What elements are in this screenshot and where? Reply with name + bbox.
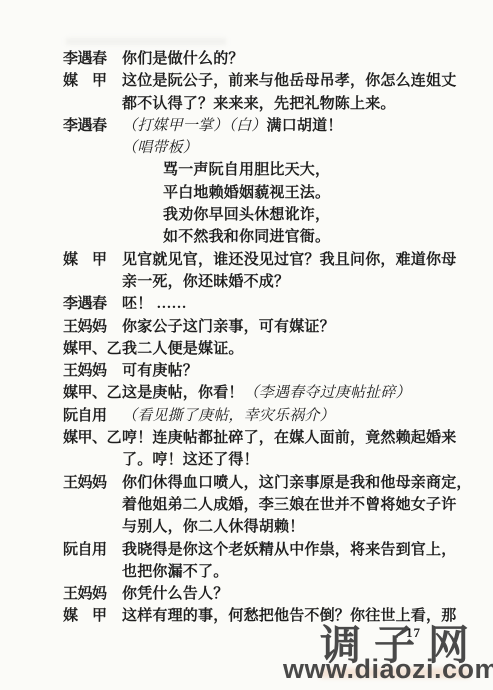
script-line: 也把你漏不了。 <box>63 561 473 583</box>
dialogue-segment: 你家公子这门亲事，可有媒证？ <box>122 319 335 335</box>
scan-artifact <box>66 38 226 45</box>
script-line: 都不认得了？来来来，先把礼物陈上来。 <box>63 93 473 115</box>
speaker-name: 媒 甲 <box>63 70 122 92</box>
dialogue-segment: 都不认得了？来来来，先把礼物陈上来。 <box>122 96 396 112</box>
dialogue-segment: 骂一声阮自用胆比天大， <box>163 162 330 178</box>
script-line: 王妈妈你家公子这门亲事，可有媒证？ <box>63 316 473 338</box>
script-line: 阮自用我晓得是你这个老妖精从中作祟，将来告到官上， <box>63 539 473 561</box>
dialogue-text: 这位是阮公子，前来与他岳母吊孝，你怎么连姐丈 <box>122 70 456 92</box>
dialogue-segment: 你凭什么告人？ <box>122 586 228 602</box>
script-line: 媒甲、乙我二人便是媒证。 <box>63 338 473 360</box>
dialogue-segment: 了。哼！这还了得！ <box>122 452 259 468</box>
dialogue-text: 亲一死，你还昧婚不成？ <box>122 271 289 293</box>
speaker-name: 阮自用 <box>63 405 122 427</box>
dialogue-segment: 我二人便是媒证。 <box>122 341 244 357</box>
dialogue-text: 都不认得了？来来来，先把礼物陈上来。 <box>122 93 396 115</box>
script-line: 我劝你早回头休想讹诈， <box>63 204 473 226</box>
speaker-name: 王妈妈 <box>63 583 122 605</box>
dialogue-segment: 着他姐弟二人成婚，李三娘在世并不曾将她女子许 <box>122 497 456 513</box>
script-line: 李遇春（打媒甲一掌）（白）满口胡道！ <box>63 115 473 137</box>
dialogue-segment: 如不然我和你同进官衙。 <box>163 229 330 245</box>
script-line: 阮自用（看见撕了庚帖，幸灾乐祸介） <box>63 405 473 427</box>
script-line: 媒甲、乙哼！连庚帖都扯碎了，在媒人面前，竟然赖起婚来 <box>63 427 473 449</box>
verse-line: 平白地赖婚姻藐视王法。 <box>122 182 330 204</box>
dialogue-text: 见官就见官，谁还没见过官？我且问你，难道你母 <box>122 249 456 271</box>
script-line: 王妈妈你们休得血口喷人，这门亲事原是我和他母亲商定， <box>63 472 473 494</box>
dialogue-text: （唱带板） <box>122 137 198 159</box>
dialogue-text: 你们休得血口喷人，这门亲事原是我和他母亲商定， <box>122 472 472 494</box>
dialogue-text: 与别人，你二人休得胡赖！ <box>122 516 304 538</box>
script-line: （唱带板） <box>63 137 473 159</box>
script-line: 李遇春呸！ …… <box>63 293 473 315</box>
dialogue-text: 着他姐弟二人成婚，李三娘在世并不曾将她女子许 <box>122 494 456 516</box>
stage-direction: （唱带板） <box>122 140 198 156</box>
scanned-script-page: 李遇春你们是做什么的？媒 甲这位是阮公子，前来与他岳母吊孝，你怎么连姐丈都不认得… <box>0 0 493 690</box>
dialogue-text: 这是庚帖，你看！（李遇春夺过庚帖扯碎） <box>122 382 411 404</box>
verse-line: 骂一声阮自用胆比天大， <box>122 159 330 181</box>
speaker-name: 媒甲、乙 <box>63 382 122 404</box>
script-line: 着他姐弟二人成婚，李三娘在世并不曾将她女子许 <box>63 494 473 516</box>
speaker-name: 李遇春 <box>63 115 122 137</box>
dialogue-text: 我晓得是你这个老妖精从中作祟，将来告到官上， <box>122 539 456 561</box>
dialogue-segment: 满口胡道！ <box>267 118 343 134</box>
dialogue-segment: 也把你漏不了。 <box>122 564 228 580</box>
dialogue-text: 呸！ …… <box>122 293 187 315</box>
verse-line: 如不然我和你同进官衙。 <box>122 226 330 248</box>
script-line: 了。哼！这还了得！ <box>63 449 473 471</box>
dialogue-segment: 我晓得是你这个老妖精从中作祟，将来告到官上， <box>122 542 456 558</box>
dialogue-text: （打媒甲一掌）（白）满口胡道！ <box>122 115 343 137</box>
script-line: 亲一死，你还昧婚不成？ <box>63 271 473 293</box>
dialogue-text: 你凭什么告人？ <box>122 583 228 605</box>
dialogue-text: 哼！连庚帖都扯碎了，在媒人面前，竟然赖起婚来 <box>122 427 456 449</box>
dialogue-segment: 这是庚帖，你看！ <box>122 385 244 401</box>
dialogue-segment: 你们是做什么的？ <box>122 51 244 67</box>
speaker-name: 李遇春 <box>63 48 122 70</box>
dialogue-text: 可有庚帖？ <box>122 360 198 382</box>
script-line: 王妈妈可有庚帖？ <box>63 360 473 382</box>
script-lines: 李遇春你们是做什么的？媒 甲这位是阮公子，前来与他岳母吊孝，你怎么连姐丈都不认得… <box>63 48 473 628</box>
stage-direction: （打媒甲一掌）（白） <box>122 118 267 134</box>
stage-direction: （李遇春夺过庚帖扯碎） <box>244 385 411 401</box>
script-line: 如不然我和你同进官衙。 <box>63 226 473 248</box>
speaker-name: 媒 甲 <box>63 249 122 271</box>
speaker-name: 王妈妈 <box>63 360 122 382</box>
stage-direction: （看见撕了庚帖，幸灾乐祸介） <box>122 408 335 424</box>
speaker-name: 媒甲、乙 <box>63 338 122 360</box>
verse-line: 我劝你早回头休想讹诈， <box>122 204 330 226</box>
script-line: 王妈妈你凭什么告人？ <box>63 583 473 605</box>
speaker-name: 阮自用 <box>63 539 122 561</box>
dialogue-segment: 与别人，你二人休得胡赖！ <box>122 519 304 535</box>
speaker-name: 李遇春 <box>63 293 122 315</box>
dialogue-text: 了。哼！这还了得！ <box>122 449 259 471</box>
dialogue-segment: 亲一死，你还昧婚不成？ <box>122 274 289 290</box>
dialogue-segment: 可有庚帖？ <box>122 363 198 379</box>
script-line: 与别人，你二人休得胡赖！ <box>63 516 473 538</box>
script-line: 骂一声阮自用胆比天大， <box>63 159 473 181</box>
speaker-name: 媒 甲 <box>63 605 122 627</box>
dialogue-segment: 呸！ …… <box>122 296 187 312</box>
dialogue-segment: 这位是阮公子，前来与他岳母吊孝，你怎么连姐丈 <box>122 73 456 89</box>
script-line: 李遇春你们是做什么的？ <box>63 48 473 70</box>
dialogue-segment: 你们休得血口喷人，这门亲事原是我和他母亲商定， <box>122 475 472 491</box>
dialogue-text: 你们是做什么的？ <box>122 48 244 70</box>
script-line: 媒甲、乙这是庚帖，你看！（李遇春夺过庚帖扯碎） <box>63 382 473 404</box>
watermark-site-url: www.diaozi.com <box>283 654 493 685</box>
speaker-name: 媒甲、乙 <box>63 427 122 449</box>
dialogue-segment: 平白地赖婚姻藐视王法。 <box>163 185 330 201</box>
speaker-name: 王妈妈 <box>63 316 122 338</box>
dialogue-text: 我二人便是媒证。 <box>122 338 244 360</box>
dialogue-text: 也把你漏不了。 <box>122 561 228 583</box>
dialogue-segment: 我劝你早回头休想讹诈， <box>163 207 330 223</box>
script-line: 平白地赖婚姻藐视王法。 <box>63 182 473 204</box>
script-line: 媒 甲见官就见官，谁还没见过官？我且问你，难道你母 <box>63 249 473 271</box>
script-line: 媒 甲这位是阮公子，前来与他岳母吊孝，你怎么连姐丈 <box>63 70 473 92</box>
speaker-name: 王妈妈 <box>63 472 122 494</box>
page-number: 17 <box>406 625 421 641</box>
dialogue-text: 你家公子这门亲事，可有媒证？ <box>122 316 335 338</box>
dialogue-segment: 哼！连庚帖都扯碎了，在媒人面前，竟然赖起婚来 <box>122 430 456 446</box>
dialogue-text: （看见撕了庚帖，幸灾乐祸介） <box>122 405 335 427</box>
dialogue-segment: 见官就见官，谁还没见过官？我且问你，难道你母 <box>122 252 456 268</box>
